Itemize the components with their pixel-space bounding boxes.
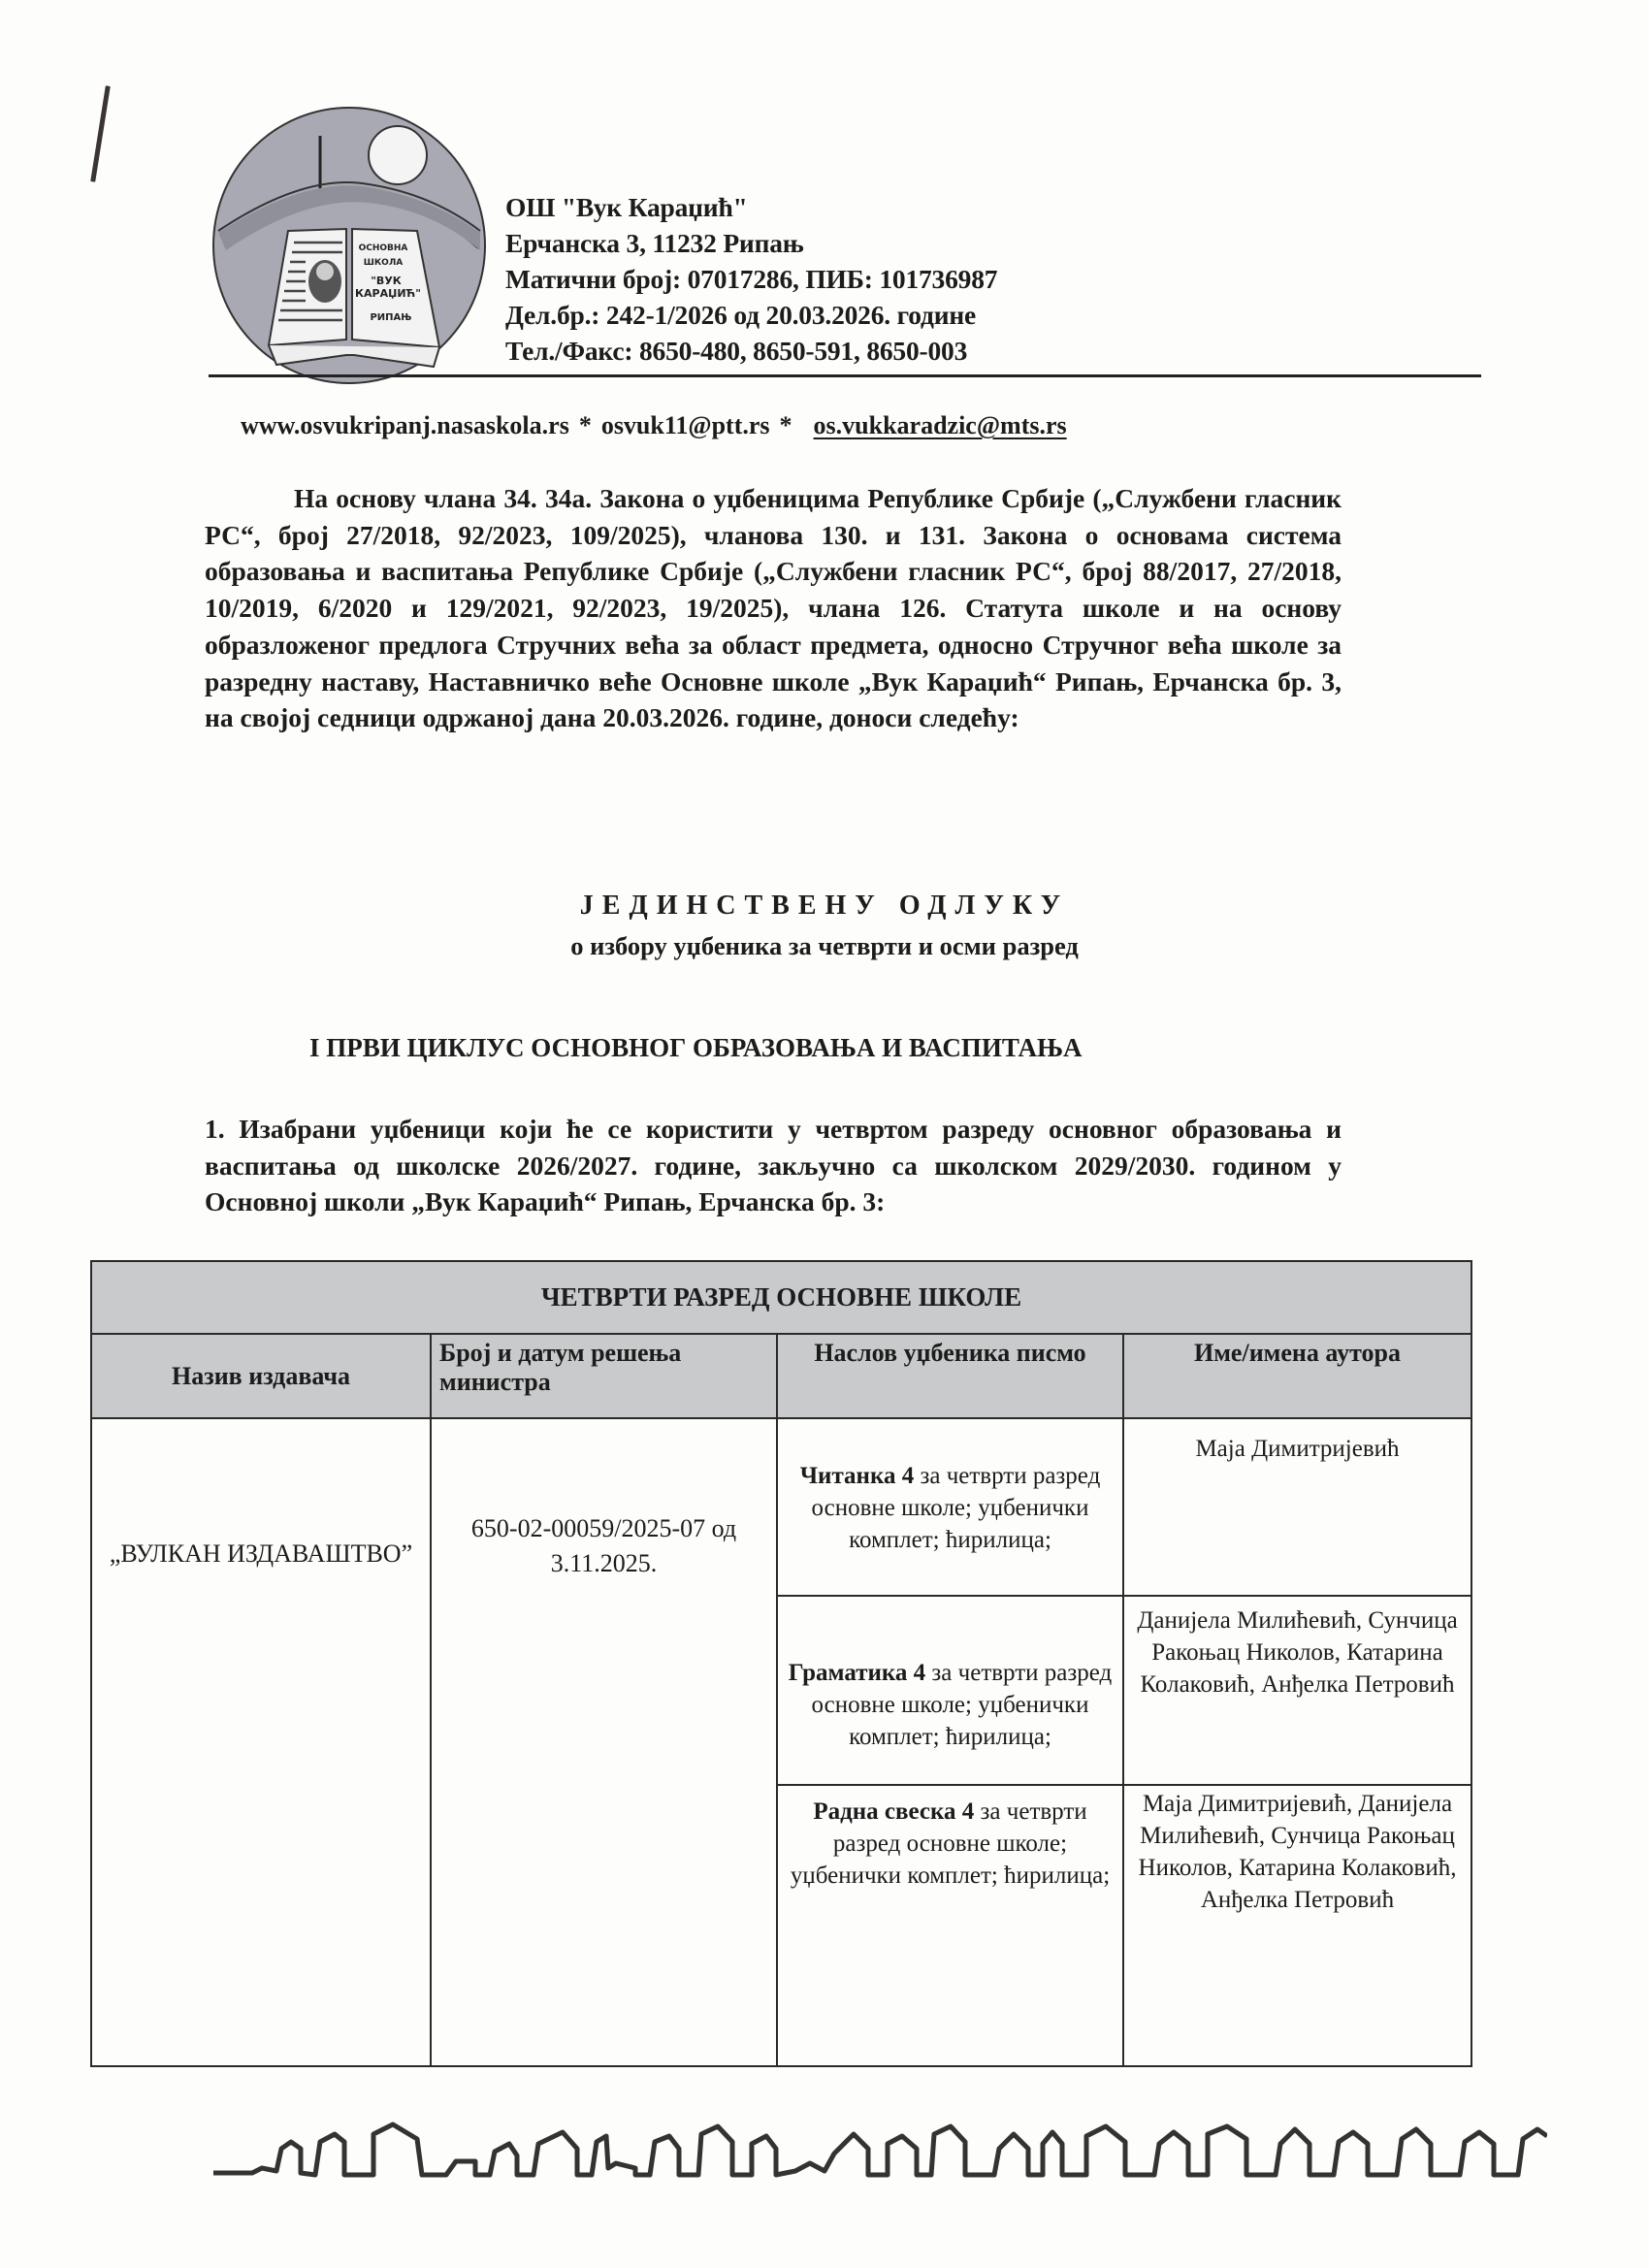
svg-text:КАРАЏИЋ": КАРАЏИЋ"	[355, 287, 421, 300]
book-title-bold: Читанка 4	[800, 1463, 915, 1489]
authors-cell: Маја Димитријевић	[1123, 1418, 1471, 1596]
svg-text:"ВУК: "ВУК	[371, 275, 402, 287]
item-1-paragraph: 1. Изабрани уџбеници који ће се користит…	[205, 1111, 1342, 1220]
book-title-bold: Граматика 4	[789, 1660, 925, 1686]
letterhead-divider	[209, 374, 1481, 377]
school-logo-emblem: ОСНОВНА ШКОЛА "ВУК КАРАЏИЋ" РИПАЊ	[209, 105, 490, 386]
publisher-cell: „ВУЛКАН ИЗДАВАШТВО”	[91, 1418, 431, 2066]
decision-subtitle: о избору уџбеника за четврти и осми разр…	[0, 931, 1649, 961]
header-publisher: Назив издавача	[91, 1334, 431, 1418]
school-address: Ерчанска 3, 11232 Рипањ	[505, 225, 997, 261]
table-caption: ЧЕТВРТИ РАЗРЕД ОСНОВНЕ ШКОЛЕ	[91, 1261, 1471, 1334]
table-caption-row: ЧЕТВРТИ РАЗРЕД ОСНОВНЕ ШКОЛЕ	[91, 1261, 1471, 1334]
school-name: ОШ "Вук Караџић"	[505, 189, 997, 225]
svg-text:ШКОЛА: ШКОЛА	[364, 258, 404, 268]
website-link[interactable]: www.osvukripanj.nasaskola.rs	[241, 411, 569, 439]
header-decision: Број и датум решења министра	[431, 1334, 777, 1418]
book-title-bold: Радна свеска 4	[813, 1798, 974, 1825]
email-link-mts[interactable]: os.vukkaradzic@mts.rs	[814, 411, 1067, 439]
section-heading: I ПРВИ ЦИКЛУС ОСНОВНОГ ОБРАЗОВАЊА И ВАСП…	[309, 1033, 1083, 1063]
header-authors: Име/имена аутора	[1123, 1334, 1471, 1418]
authors-cell: Маја Димитријевић, Данијела Милићевић, С…	[1123, 1785, 1471, 2066]
book-title-cell: Радна свеска 4 за четврти разред основне…	[777, 1785, 1123, 2066]
letterhead: ОШ "Вук Караџић" Ерчанска 3, 11232 Рипањ…	[505, 189, 997, 369]
table-row: „ВУЛКАН ИЗДАВАШТВО” 650-02-00059/2025-07…	[91, 1418, 1471, 1596]
book-title-cell: Граматика 4 за четврти разред основне шк…	[777, 1596, 1123, 1785]
book-title-cell: Читанка 4 за четврти разред основне школ…	[777, 1418, 1123, 1596]
footer-skyline-ornament	[209, 2115, 1547, 2192]
decision-cell: 650-02-00059/2025-07 од 3.11.2025.	[431, 1418, 777, 2066]
school-phone: Тел./Факс: 8650-480, 8650-591, 8650-003	[505, 333, 997, 369]
decision-title: ЈЕДИНСТВЕНУ ОДЛУКУ	[0, 891, 1649, 922]
contacts-line: www.osvukripanj.nasaskola.rs*osvuk11@ptt…	[241, 411, 1067, 440]
separator: *	[780, 411, 792, 439]
header-title: Наслов уџбеника писмо	[777, 1334, 1123, 1418]
preamble-paragraph: На основу члана 34. 34а. Закона о уџбени…	[205, 480, 1342, 736]
authors-cell: Данијела Милићевић, Сунчица Ракоњац Нико…	[1123, 1596, 1471, 1785]
email-link-ptt[interactable]: osvuk11@ptt.rs	[601, 411, 770, 439]
textbook-table: ЧЕТВРТИ РАЗРЕД ОСНОВНЕ ШКОЛЕ Назив издав…	[90, 1260, 1472, 2067]
document-reference: Дел.бр.: 242-1/2026 од 20.03.2026. годин…	[505, 297, 997, 333]
school-ids: Матични број: 07017286, ПИБ: 101736987	[505, 261, 997, 297]
separator: *	[579, 411, 592, 439]
svg-text:РИПАЊ: РИПАЊ	[370, 312, 411, 323]
svg-text:ОСНОВНА: ОСНОВНА	[359, 243, 408, 253]
table-header-row: Назив издавача Број и датум решења минис…	[91, 1334, 1471, 1418]
scan-pen-mark	[90, 85, 111, 182]
